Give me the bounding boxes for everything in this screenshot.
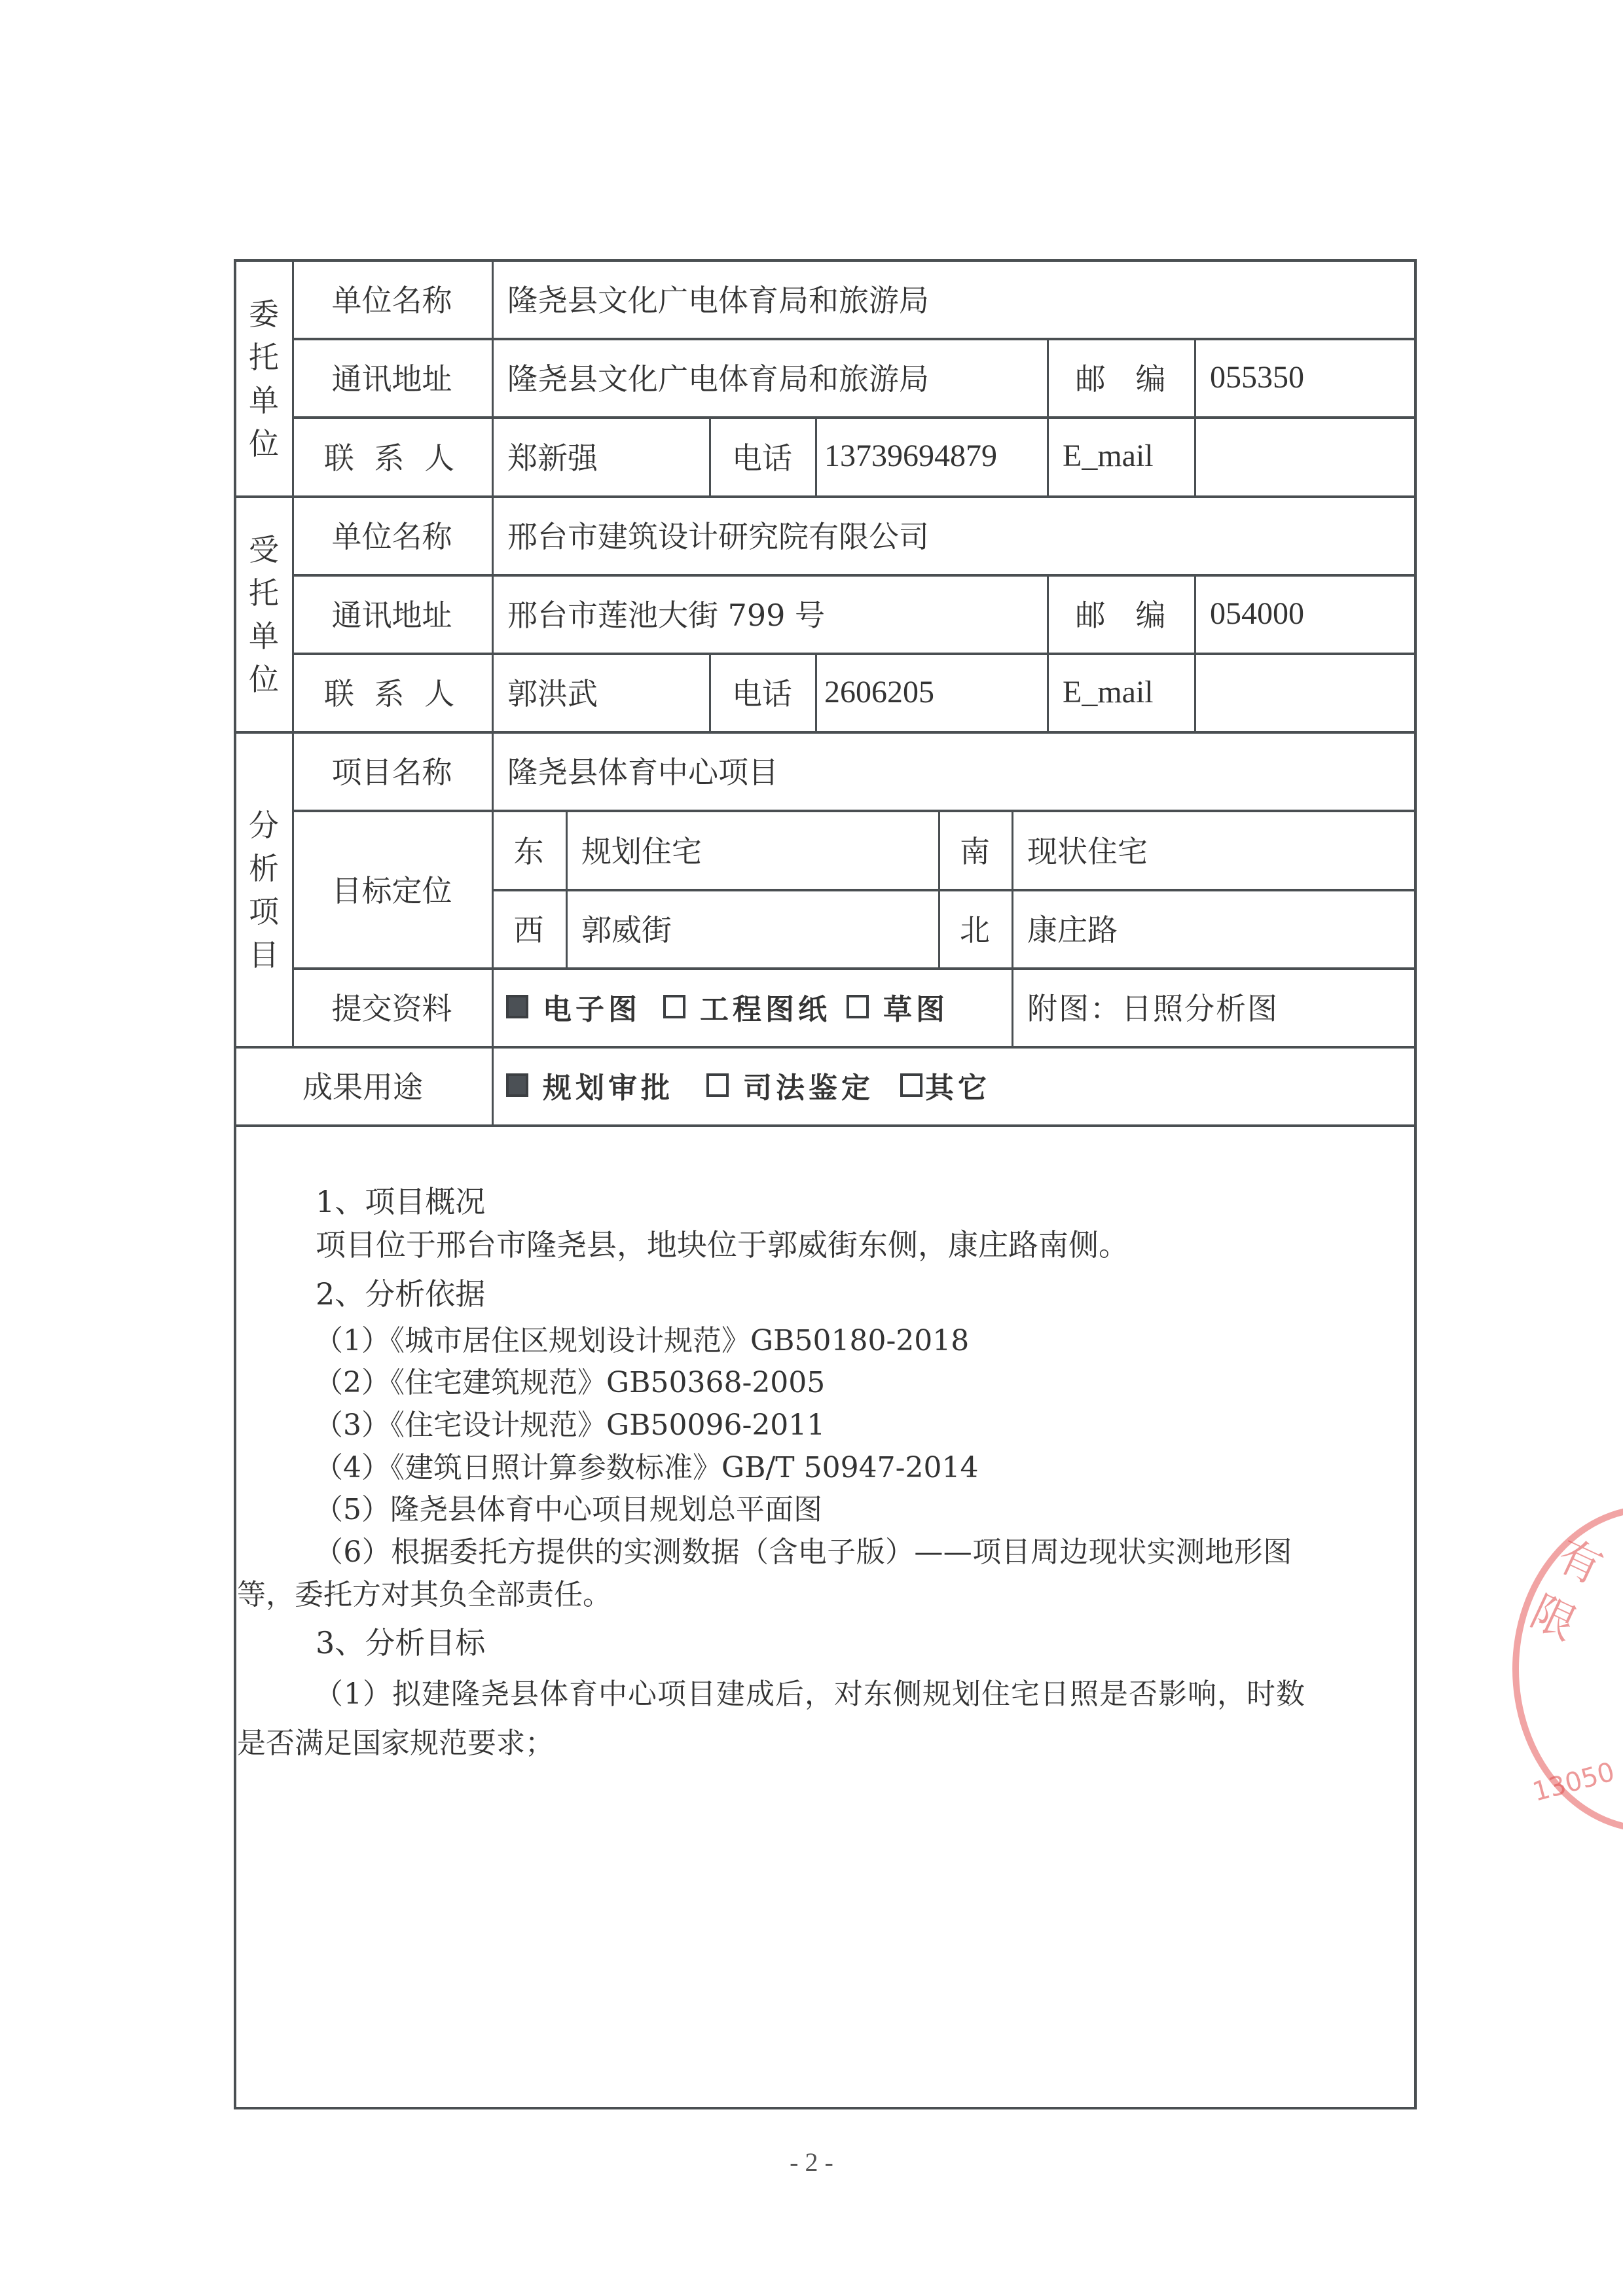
option-electronic-drawing[interactable]: 电子图 (506, 986, 641, 1028)
option-planning-approval[interactable]: 规划审批 (506, 1064, 674, 1106)
basis-item-1: （1）《城市居住区规划设计规范》GB50180-2018 (314, 1317, 969, 1359)
section-1-text: 项目位于邢台市隆尧县，地块位于郭威街东侧，康庄路南侧。 (316, 1221, 1129, 1265)
section-3-title: 3、分析目标 (316, 1619, 485, 1662)
north-value: 康庄路 (1012, 889, 1417, 967)
usage-options: 规划审批 司法鉴定 其它 (492, 1046, 1417, 1124)
group-char: 析 (249, 847, 279, 890)
contractor-phone: 2606205 (815, 653, 1047, 731)
checkbox-checked-icon[interactable] (506, 1073, 528, 1097)
contractor-contact-label: 联 系 人 (292, 653, 492, 731)
contractor-postcode: 054000 (1194, 574, 1417, 653)
submitted-label: 提交资料 (292, 967, 492, 1046)
attachment-note: 附图：日照分析图 (1012, 967, 1417, 1046)
client-group-label: 委 托 单 位 (236, 262, 292, 495)
client-address-label: 通讯地址 (292, 338, 492, 416)
contractor-address: 邢台市莲池大街 799 号 (492, 574, 1047, 653)
group-char: 托 (249, 336, 279, 379)
option-label: 草图 (883, 986, 949, 1028)
section-2-title: 2、分析依据 (316, 1270, 485, 1314)
client-unit-name: 隆尧县文化广电体育局和旅游局 (492, 259, 1417, 338)
checkbox-empty-icon[interactable] (706, 1073, 729, 1097)
client-contact: 郑新强 (492, 416, 709, 495)
option-label: 规划审批 (543, 1064, 674, 1106)
contractor-contact: 郭洪武 (492, 653, 709, 731)
group-char: 委 (249, 293, 279, 336)
basis-item-5: （5）隆尧县体育中心项目规划总平面图 (314, 1486, 822, 1528)
client-contact-label: 联 系 人 (292, 416, 492, 495)
west-label: 西 (492, 889, 566, 967)
client-email-label: E_mail (1047, 416, 1194, 495)
basis-item-3: （3）《住宅设计规范》GB50096-2011 (314, 1401, 825, 1443)
east-label: 东 (492, 810, 566, 889)
group-char: 分 (249, 804, 279, 847)
analysis-group-label: 分 析 项 目 (236, 734, 292, 1046)
north-label: 北 (938, 889, 1012, 967)
usage-label: 成果用途 (234, 1046, 492, 1124)
west-value: 郭威街 (566, 889, 938, 967)
page-number: - 2 - (0, 2147, 1623, 2178)
checkbox-checked-icon[interactable] (506, 995, 528, 1018)
option-judicial-appraisal[interactable]: 司法鉴定 (706, 1064, 874, 1106)
client-unit-name-label: 单位名称 (292, 259, 492, 338)
goal-item-1-continued: 是否满足国家规范要求； (237, 1719, 554, 1761)
contractor-email-label: E_mail (1047, 653, 1194, 731)
option-sketch[interactable]: 草图 (847, 986, 949, 1028)
checkbox-empty-icon[interactable] (663, 995, 685, 1018)
group-char: 受 (249, 528, 279, 571)
option-label: 工程图纸 (700, 986, 831, 1028)
contractor-email (1194, 653, 1417, 731)
checkbox-empty-icon[interactable] (900, 1073, 922, 1097)
project-name: 隆尧县体育中心项目 (492, 731, 1417, 810)
submitted-options: 电子图 工程图纸 草图 (492, 967, 1012, 1046)
client-phone-label: 电话 (709, 416, 815, 495)
basis-item-6-continued: 等，委托方对其负全部责任。 (237, 1571, 611, 1613)
row-divider (234, 1124, 1417, 1127)
contractor-unit-name-label: 单位名称 (292, 495, 492, 574)
group-char: 单 (249, 379, 279, 422)
option-engineering-drawing[interactable]: 工程图纸 (663, 986, 831, 1028)
basis-item-6: （6）根据委托方提供的实测数据（含电子版）——项目周边现状实测地形图 (314, 1528, 1292, 1570)
group-char: 目 (249, 933, 279, 977)
client-address: 隆尧县文化广电体育局和旅游局 (492, 338, 1047, 416)
group-char: 项 (249, 890, 279, 933)
contractor-group-label: 受 托 单 位 (236, 498, 292, 731)
client-postcode: 055350 (1194, 338, 1417, 416)
checkbox-empty-icon[interactable] (847, 995, 869, 1018)
contractor-phone-label: 电话 (709, 653, 815, 731)
goal-item-1: （1）拟建隆尧县体育中心项目建成后，对东侧规划住宅日照是否影响，时数 (314, 1670, 1305, 1712)
contractor-unit-name: 邢台市建筑设计研究院有限公司 (492, 495, 1417, 574)
basis-item-4: （4）《建筑日照计算参数标准》GB/T 50947-2014 (314, 1444, 978, 1486)
client-postcode-label: 邮 编 (1047, 338, 1194, 416)
document-page: 委 托 单 位 单位名称 隆尧县文化广电体育局和旅游局 通讯地址 隆尧县文化广电… (0, 0, 1623, 2296)
south-value: 现状住宅 (1012, 810, 1417, 889)
option-label: 电子图 (543, 986, 641, 1028)
contractor-address-label: 通讯地址 (292, 574, 492, 653)
basis-item-2: （2）《住宅建筑规范》GB50368-2005 (314, 1359, 825, 1401)
contractor-postcode-label: 邮 编 (1047, 574, 1194, 653)
group-char: 托 (249, 571, 279, 615)
section-1-title: 1、项目概况 (316, 1178, 485, 1221)
option-other[interactable]: 其它 (900, 1064, 991, 1106)
target-label: 目标定位 (292, 810, 492, 967)
client-phone: 13739694879 (815, 416, 1047, 495)
group-char: 单 (249, 615, 279, 658)
option-label: 司法鉴定 (743, 1064, 874, 1106)
project-name-label: 项目名称 (292, 731, 492, 810)
east-value: 规划住宅 (566, 810, 938, 889)
group-char: 位 (249, 658, 279, 701)
south-label: 南 (938, 810, 1012, 889)
option-label: 其它 (925, 1064, 991, 1106)
group-char: 位 (249, 422, 279, 465)
client-email (1194, 416, 1417, 495)
